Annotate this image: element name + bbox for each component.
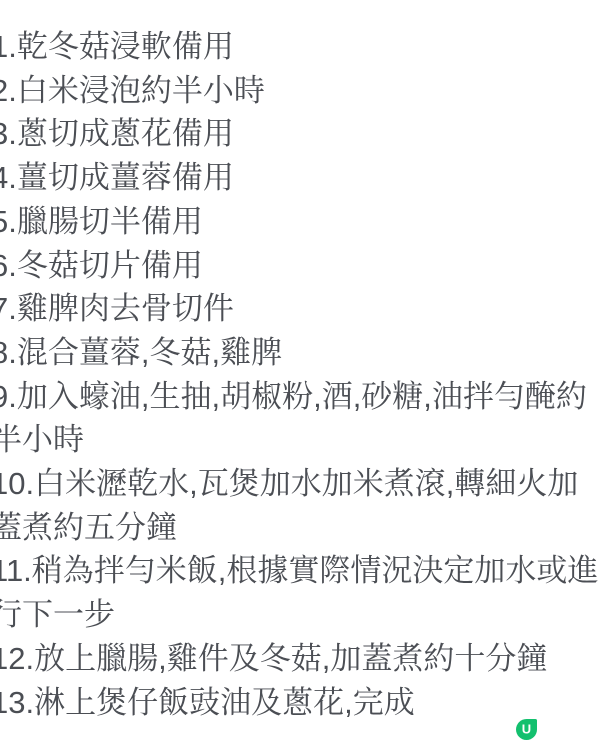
step-text: 放上臘腸,雞件及冬菇,加蓋煮約十分鐘 [34, 641, 547, 676]
step-number: 4. [0, 160, 17, 195]
step-text: 混合薑蓉,冬菇,雞脾 [17, 335, 282, 370]
step-number: 3. [0, 116, 17, 151]
recipe-step: 10.白米瀝乾水,瓦煲加水加米煮滾,轉細火加蓋煮約五分鐘 [0, 462, 600, 549]
recipe-step: 2.白米浸泡約半小時 [0, 69, 600, 113]
step-number: 5. [0, 204, 17, 239]
recipe-step: 13.淋上煲仔飯豉油及蔥花,完成 [0, 681, 600, 725]
recipe-step: 6.冬菇切片備用 [0, 244, 600, 288]
step-text: 雞脾肉去骨切件 [17, 291, 234, 326]
step-number: 11. [0, 553, 32, 588]
recipe-step: 5.臘腸切半備用 [0, 200, 600, 244]
recipe-step: 8.混合薑蓉,冬菇,雞脾 [0, 331, 600, 375]
step-text: 加入蠔油,生抽,胡椒粉,酒,砂糖,油拌勻醃約半小時 [0, 379, 587, 458]
step-number: 12. [0, 641, 34, 676]
step-number: 8. [0, 335, 17, 370]
step-text: 稍為拌勻米飯,根據實際情況決定加水或進行下一步 [0, 553, 598, 632]
recipe-step: 4.薑切成薑蓉備用 [0, 156, 600, 200]
step-number: 2. [0, 73, 17, 108]
recipe-steps-list: 1.乾冬菇浸軟備用 2.白米浸泡約半小時 3.蔥切成蔥花備用 4.薑切成薑蓉備用… [0, 25, 600, 724]
step-text: 白米瀝乾水,瓦煲加水加米煮滾,轉細火加蓋煮約五分鐘 [0, 466, 578, 545]
recipe-step: 12.放上臘腸,雞件及冬菇,加蓋煮約十分鐘 [0, 637, 600, 681]
step-number: 9. [0, 379, 17, 414]
step-text: 薑切成薑蓉備用 [17, 160, 234, 195]
step-text: 臘腸切半備用 [17, 204, 203, 239]
step-number: 10. [0, 466, 34, 501]
step-number: 7. [0, 291, 17, 326]
step-text: 乾冬菇浸軟備用 [17, 29, 234, 64]
recipe-step: 1.乾冬菇浸軟備用 [0, 25, 600, 69]
step-text: 冬菇切片備用 [17, 248, 203, 283]
u-lifestyle-logo: U [516, 719, 537, 740]
step-number: 13. [0, 685, 34, 720]
recipe-step: 3.蔥切成蔥花備用 [0, 112, 600, 156]
step-text: 淋上煲仔飯豉油及蔥花,完成 [34, 685, 415, 720]
u-logo-letter: U [522, 723, 531, 736]
recipe-step: 11.稍為拌勻米飯,根據實際情況決定加水或進行下一步 [0, 549, 600, 636]
recipe-step: 7.雞脾肉去骨切件 [0, 287, 600, 331]
step-text: 白米浸泡約半小時 [17, 73, 265, 108]
step-number: 1. [0, 29, 17, 64]
step-text: 蔥切成蔥花備用 [17, 116, 234, 151]
recipe-step: 9.加入蠔油,生抽,胡椒粉,酒,砂糖,油拌勻醃約半小時 [0, 375, 600, 462]
step-number: 6. [0, 248, 17, 283]
